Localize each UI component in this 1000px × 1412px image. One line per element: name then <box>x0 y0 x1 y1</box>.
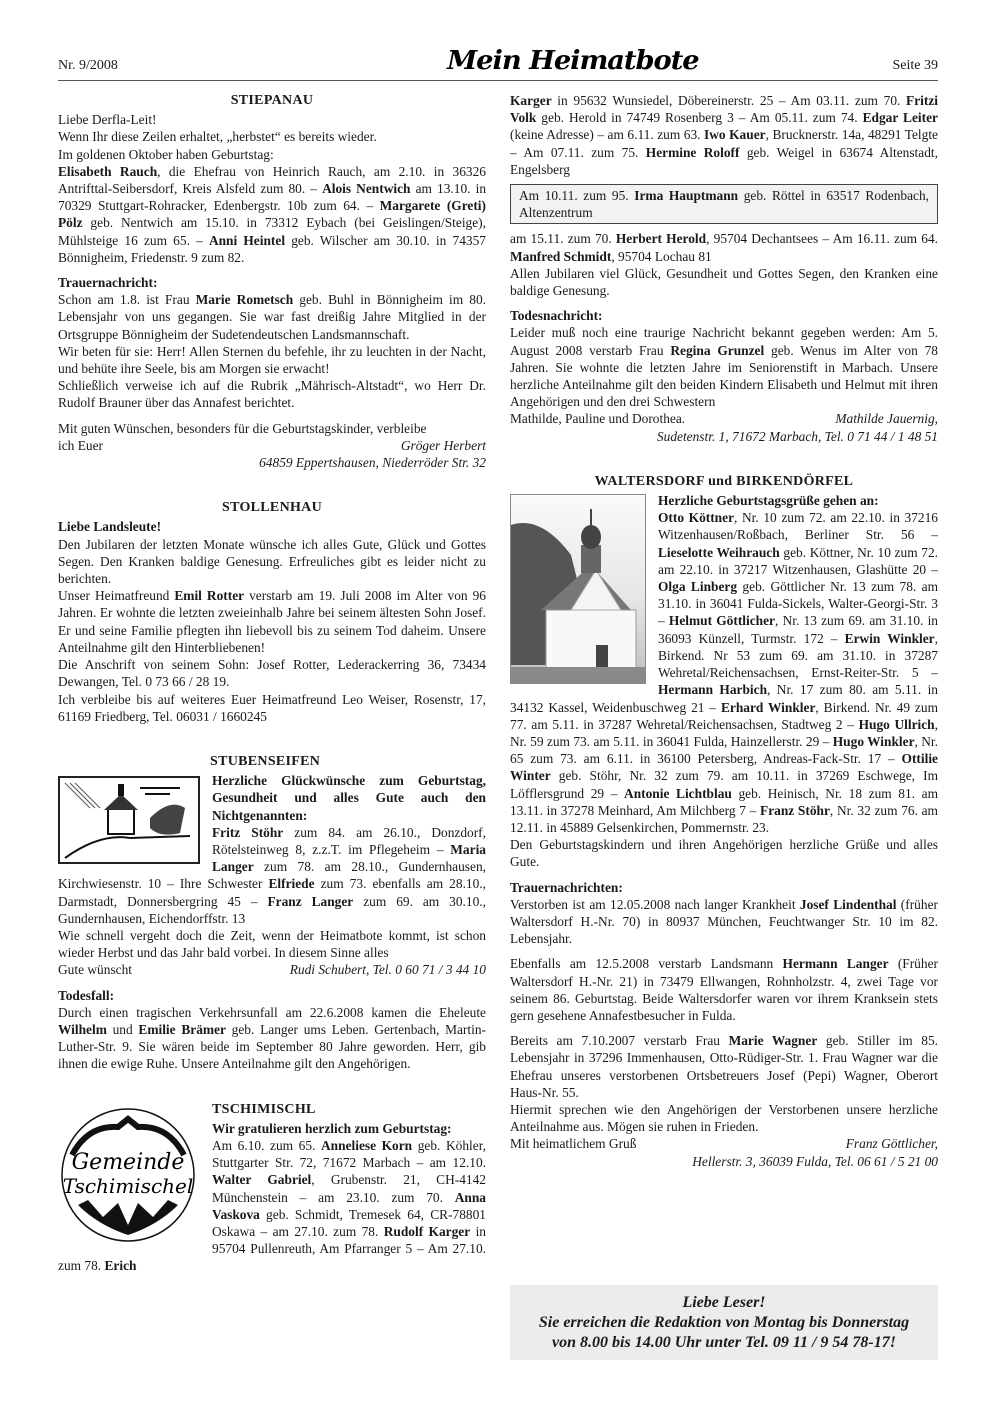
section-title: STUBENSEIFEN <box>58 753 486 770</box>
prayer: Wir beten für sie: Herr! Allen Sternen d… <box>58 343 486 377</box>
signature: Gröger Herbert <box>401 437 486 454</box>
right-column: Karger in 95632 Wunsiedel, Döbereinerstr… <box>510 92 938 1170</box>
greeting: Liebe Landsleute! <box>58 518 486 535</box>
birthday-list: am 15.11. zum 70. Herbert Herold, 95704 … <box>510 230 938 264</box>
municipal-seal-emblem: Gemeinde Tschimischel <box>58 1105 198 1245</box>
reference: Schließlich verweise ich auf die Rubrik … <box>58 377 486 411</box>
left-column: STIEPANAU Liebe Derfla-Leit! Wenn Ihr di… <box>58 92 486 1275</box>
paragraph: Die Anschrift von seinem Sohn: Josef Rot… <box>58 656 486 690</box>
church-sketch-illustration <box>58 776 200 864</box>
paragraph: Wie schnell vergeht doch die Zeit, wenn … <box>58 927 486 961</box>
intro: Wenn Ihr diese Zeilen erhaltet, „herbste… <box>58 128 486 145</box>
obituary: Ebenfalls am 12.5.2008 verstarb Landsman… <box>510 955 938 1024</box>
paragraph: Ich verbleibe bis auf weiteres Euer Heim… <box>58 691 486 725</box>
obituary: Leider muß noch eine traurige Nachricht … <box>510 324 938 410</box>
section-stollenhau: STOLLENHAU Liebe Landsleute! Den Jubilar… <box>58 499 486 725</box>
subheading: Trauernachrichten: <box>510 879 938 896</box>
section-title: WALTERSDORF und BIRKENDÖRFEL <box>510 473 938 490</box>
section-tschimischl-continued: Karger in 95632 Wunsiedel, Döbereinerstr… <box>510 92 938 445</box>
section-waltersdorf: WALTERSDORF und BIRKENDÖRFEL Herzliche G… <box>510 473 938 1170</box>
signature-address: Sudetenstr. 1, 71672 Marbach, Tel. 0 71 … <box>510 428 938 445</box>
obituary: Schon am 1.8. ist Frau Marie Rometsch ge… <box>58 291 486 343</box>
greeting: Liebe Derfla-Leit! <box>58 111 486 128</box>
signature-address: Hellerstr. 3, 36039 Fulda, Tel. 06 61 / … <box>510 1153 938 1170</box>
editorial-contact-banner: Liebe Leser! Sie erreichen die Redaktion… <box>510 1285 938 1360</box>
page-number: Seite 39 <box>893 58 939 74</box>
svg-text:Tschimischel: Tschimischel <box>63 1174 194 1198</box>
signature: Mathilde Jauernig, <box>835 410 938 427</box>
svg-text:Gemeinde: Gemeinde <box>72 1150 185 1175</box>
signature-address: 64859 Eppertshausen, Niederröder Str. 32 <box>58 454 486 471</box>
masthead-logo: Mein Heimatbote <box>447 46 699 76</box>
issue-number: Nr. 9/2008 <box>58 58 118 74</box>
section-tschimischl: Gemeinde Tschimischel TSCHIMISCHL Wir gr… <box>58 1101 486 1275</box>
signature: Franz Göttlicher, <box>846 1135 938 1152</box>
highlight-box: Am 10.11. zum 95. Irma Hauptmann geb. Rö… <box>510 184 938 224</box>
paragraph: Den Jubilaren der letzten Monate wünsche… <box>58 536 486 588</box>
obituary: Bereits am 7.10.2007 verstarb Frau Marie… <box>510 1032 938 1101</box>
section-stubenseifen: STUBENSEIFEN Herzliche Glückwünsche zum … <box>58 753 486 1073</box>
closing: Mit guten Wünschen, besonders für die Ge… <box>58 420 486 437</box>
page-header: Nr. 9/2008 Mein Heimatbote Seite 39 <box>58 46 938 81</box>
condolence: Hiermit sprechen wie den Angehörigen der… <box>510 1101 938 1135</box>
wish: Allen Jubilaren viel Glück, Gesundheit u… <box>510 265 938 299</box>
section-stiepanau: STIEPANAU Liebe Derfla-Leit! Wenn Ihr di… <box>58 92 486 471</box>
subheading: Trauernachricht: <box>58 274 486 291</box>
subheading: Todesfall: <box>58 987 486 1004</box>
subheading: Todesnachricht: <box>510 307 938 324</box>
chapel-photo <box>510 494 646 684</box>
obituary: Unser Heimatfreund Emil Rotter verstarb … <box>58 587 486 656</box>
obituary: Verstorben ist am 12.05.2008 nach langer… <box>510 896 938 948</box>
intro: Im goldenen Oktober haben Geburtstag: <box>58 146 486 163</box>
wish: Den Geburtstagskindern und ihren Angehör… <box>510 836 938 870</box>
birthday-list: Karger in 95632 Wunsiedel, Döbereinerstr… <box>510 92 938 178</box>
birthday-list: Elisabeth Rauch, die Ehefrau von Heinric… <box>58 163 486 266</box>
section-title: STIEPANAU <box>58 92 486 109</box>
obituary: Durch einen tragischen Verkehrsunfall am… <box>58 1004 486 1073</box>
section-title: STOLLENHAU <box>58 499 486 516</box>
signature: Rudi Schubert, Tel. 0 60 71 / 3 44 10 <box>290 961 486 978</box>
